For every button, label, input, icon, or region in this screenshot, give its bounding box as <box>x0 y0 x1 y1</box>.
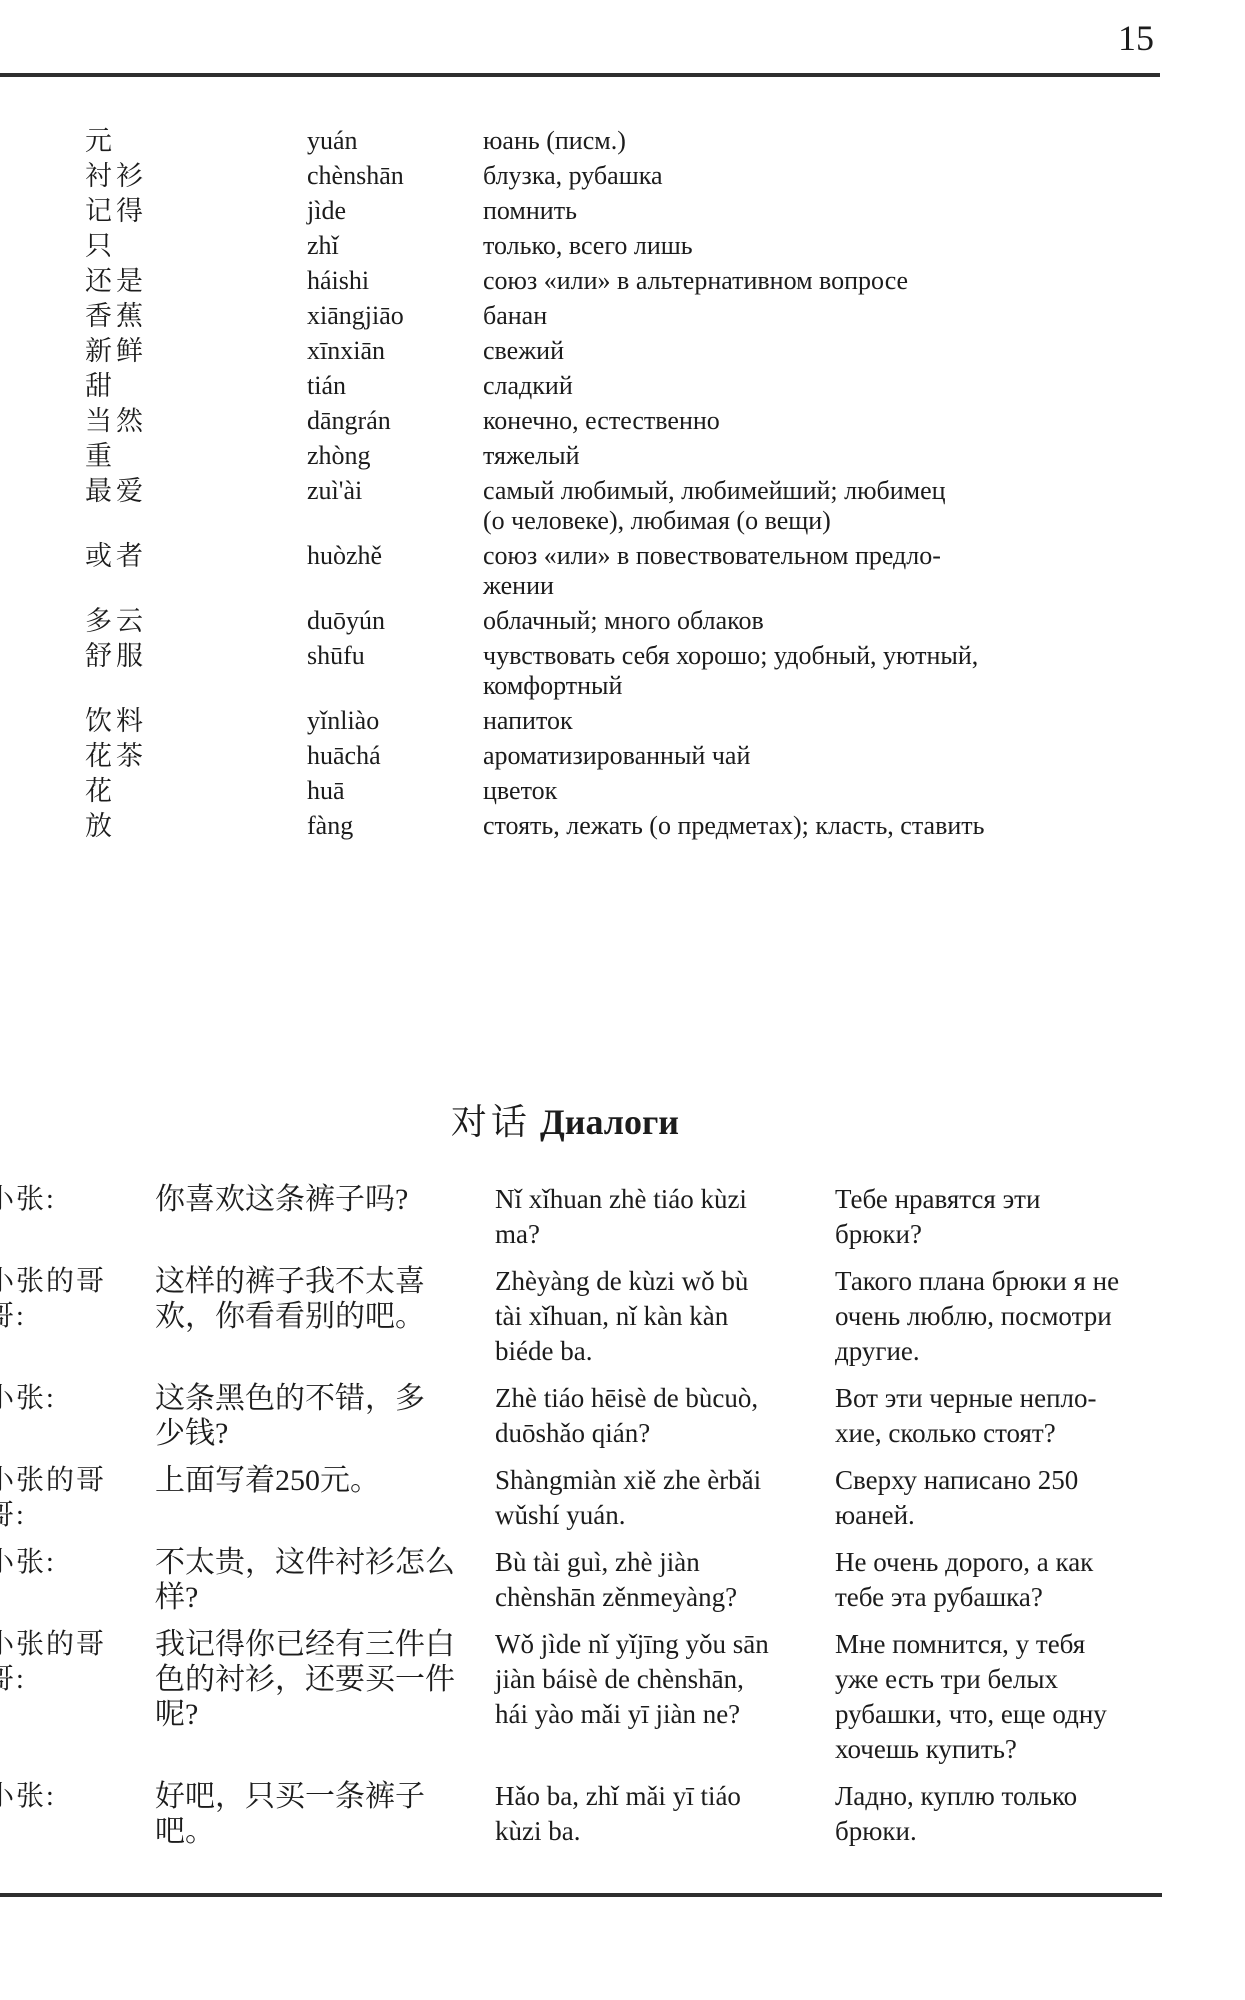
vocab-row: 多云 duōyún облачный; много облаков <box>85 606 1175 636</box>
vocab-row: 元 yuán юань (писм.) <box>85 126 1175 156</box>
dialogue-pinyin: Bù tài guì, zhè jiàn chènshān zěnmeyàng? <box>495 1545 835 1615</box>
speaker-label: 小张: <box>0 1182 118 1217</box>
vocab-translation: банан <box>483 301 1083 331</box>
dialogue-chinese: 这条黑色的不错，多 少钱? <box>155 1381 495 1451</box>
vocab-translation: сладкий <box>483 371 1083 401</box>
vocab-translation: облачный; много облаков <box>483 606 1083 636</box>
vocab-pinyin: zhòng <box>307 441 483 471</box>
vocab-pinyin: dāngrán <box>307 406 483 436</box>
vocab-hanzi: 舒服 <box>85 641 307 671</box>
vocab-pinyin: duōyún <box>307 606 483 636</box>
vocab-pinyin: huāchá <box>307 741 483 771</box>
vocab-hanzi: 饮料 <box>85 706 307 736</box>
dialogue-row: 小张: 不太贵，这件衬衫怎么 样? Bù tài guì, zhè jiàn c… <box>0 1545 1157 1615</box>
vocab-row: 香蕉 xiāngjiāo банан <box>85 301 1175 331</box>
vocab-translation: чувствовать себя хорошо; удобный, уютный… <box>483 641 1083 701</box>
vocabulary-list: 元 yuán юань (писм.) 衬衫 chènshān блузка, … <box>85 126 1175 846</box>
vocab-pinyin: shūfu <box>307 641 483 671</box>
speaker-label: 小张的哥 哥: <box>0 1463 118 1533</box>
dialogue-row: 小张的哥 哥: 上面写着250元。 Shàngmiàn xiě zhe èrbǎ… <box>0 1463 1157 1533</box>
vocab-pinyin: xiāngjiāo <box>307 301 483 331</box>
vocab-row: 记得 jìde помнить <box>85 196 1175 226</box>
vocab-translation: помнить <box>483 196 1083 226</box>
dialogue-pinyin: Zhèyàng de kùzi wǒ bù tài xǐhuan, nǐ kàn… <box>495 1264 835 1369</box>
vocab-translation: союз «или» в повествовательном предло- ж… <box>483 541 1083 601</box>
vocab-hanzi: 还是 <box>85 266 307 296</box>
dialogue-row: 小张的哥 哥: 这样的裤子我不太喜 欢，你看看别的吧。 Zhèyàng de k… <box>0 1264 1157 1369</box>
dialogue-chinese: 不太贵，这件衬衫怎么 样? <box>155 1545 495 1615</box>
vocab-row: 只 zhǐ только, всего лишь <box>85 231 1175 261</box>
vocab-translation: блузка, рубашка <box>483 161 1083 191</box>
speaker-label: 小张的哥 哥: <box>0 1627 118 1697</box>
speaker-label: 小张: <box>0 1381 118 1416</box>
vocab-pinyin: tián <box>307 371 483 401</box>
dialogue-translation: Вот эти черные непло- хие, сколько стоят… <box>835 1381 1157 1451</box>
dialogue-translation: Ладно, куплю только брюки. <box>835 1779 1157 1849</box>
vocab-pinyin: háishi <box>307 266 483 296</box>
vocab-translation: только, всего лишь <box>483 231 1083 261</box>
vocab-hanzi: 当然 <box>85 406 307 436</box>
vocab-row: 舒服 shūfu чувствовать себя хорошо; удобны… <box>85 641 1175 701</box>
vocab-translation: союз «или» в альтернативном вопросе <box>483 266 1083 296</box>
vocab-row: 放 fàng стоять, лежать (о предметах); кла… <box>85 811 1175 841</box>
vocab-hanzi: 新鲜 <box>85 336 307 366</box>
dialogue-row: 小张: 这条黑色的不错，多 少钱? Zhè tiáo hēisè de bùcu… <box>0 1381 1157 1451</box>
vocab-pinyin: xīnxiān <box>307 336 483 366</box>
speaker-label: 小张: <box>0 1545 118 1580</box>
footer-rule <box>0 1893 1162 1897</box>
vocab-translation: цветок <box>483 776 1083 806</box>
dialogue-chinese: 这样的裤子我不太喜 欢，你看看别的吧。 <box>155 1264 495 1334</box>
dialogue-pinyin: Nǐ xǐhuan zhè tiáo kùzi ma? <box>495 1182 835 1252</box>
vocab-hanzi: 重 <box>85 441 307 471</box>
vocab-translation: стоять, лежать (о предметах); класть, ст… <box>483 811 1083 841</box>
vocab-pinyin: yǐnliào <box>307 706 483 736</box>
vocab-row: 或者 huòzhě союз «или» в повествовательном… <box>85 541 1175 601</box>
dialogue-translation: Не очень дорого, а как тебе эта рубашка? <box>835 1545 1157 1615</box>
vocab-translation: напиток <box>483 706 1083 736</box>
dialogue-row: 小张: 好吧，只买一条裤子 吧。 Hǎo ba, zhǐ mǎi yī tiáo… <box>0 1779 1157 1849</box>
vocab-translation: юань (писм.) <box>483 126 1083 156</box>
dialogue-pinyin: Zhè tiáo hēisè de bùcuò, duōshǎo qián? <box>495 1381 835 1451</box>
vocab-translation: свежий <box>483 336 1083 366</box>
vocab-pinyin: fàng <box>307 811 483 841</box>
vocab-row: 当然 dāngrán конечно, естественно <box>85 406 1175 436</box>
vocab-row: 新鲜 xīnxiān свежий <box>85 336 1175 366</box>
vocab-hanzi: 香蕉 <box>85 301 307 331</box>
vocab-row: 衬衫 chènshān блузка, рубашка <box>85 161 1175 191</box>
header-rule <box>0 73 1160 77</box>
vocab-row: 花茶 huāchá ароматизированный чай <box>85 741 1175 771</box>
dialogue-chinese: 好吧，只买一条裤子 吧。 <box>155 1779 495 1849</box>
vocab-translation: самый любимый, любимейший; любимец (о че… <box>483 476 1083 536</box>
vocab-pinyin: zhǐ <box>307 231 483 261</box>
page-number: 15 <box>1118 20 1154 56</box>
vocab-row: 还是 háishi союз «или» в альтернативном во… <box>85 266 1175 296</box>
vocab-pinyin: huòzhě <box>307 541 483 571</box>
vocab-pinyin: jìde <box>307 196 483 226</box>
vocab-hanzi: 记得 <box>85 196 307 226</box>
dialogue-chinese: 你喜欢这条裤子吗? <box>155 1182 495 1217</box>
vocab-hanzi: 花茶 <box>85 741 307 771</box>
vocab-row: 花 huā цветок <box>85 776 1175 806</box>
vocab-hanzi: 最爱 <box>85 476 307 506</box>
dialogue-row: 小张的哥 哥: 我记得你已经有三件白 色的衬衫，还要买一件 呢? Wǒ jìde… <box>0 1627 1157 1767</box>
vocab-pinyin: huā <box>307 776 483 806</box>
vocab-hanzi: 衬衫 <box>85 161 307 191</box>
dialogues-heading: 对话 Диалоги <box>0 1100 1130 1144</box>
dialogue-translation: Такого плана брюки я не очень люблю, пос… <box>835 1264 1157 1369</box>
dialogues-heading-russian: Диалоги <box>540 1102 679 1142</box>
vocab-hanzi: 多云 <box>85 606 307 636</box>
vocab-translation: ароматизированный чай <box>483 741 1083 771</box>
dialogue-chinese: 上面写着250元。 <box>155 1463 495 1498</box>
vocab-row: 甜 tián сладкий <box>85 371 1175 401</box>
vocab-pinyin: yuán <box>307 126 483 156</box>
vocab-row: 饮料 yǐnliào напиток <box>85 706 1175 736</box>
vocab-translation: тяжелый <box>483 441 1083 471</box>
vocab-hanzi: 放 <box>85 811 307 841</box>
dialogue-row: 小张: 你喜欢这条裤子吗? Nǐ xǐhuan zhè tiáo kùzi ma… <box>0 1182 1157 1252</box>
dialogue-pinyin: Wǒ jìde nǐ yǐjīng yǒu sān jiàn báisè de … <box>495 1627 835 1732</box>
vocab-pinyin: zuì'ài <box>307 476 483 506</box>
dialogues-heading-chinese: 对话 <box>451 1102 531 1142</box>
vocab-hanzi: 元 <box>85 126 307 156</box>
vocab-hanzi: 花 <box>85 776 307 806</box>
dialogue-translation: Мне помнится, у тебя уже есть три белых … <box>835 1627 1157 1767</box>
dialogue-pinyin: Hǎo ba, zhǐ mǎi yī tiáo kùzi ba. <box>495 1779 835 1849</box>
vocab-row: 最爱 zuì'ài самый любимый, любимейший; люб… <box>85 476 1175 536</box>
dialogue-pinyin: Shàngmiàn xiě zhe èrbǎi wǔshí yuán. <box>495 1463 835 1533</box>
vocab-row: 重 zhòng тяжелый <box>85 441 1175 471</box>
vocab-translation: конечно, естественно <box>483 406 1083 436</box>
vocab-hanzi: 只 <box>85 231 307 261</box>
dialogues-section: 小张: 你喜欢这条裤子吗? Nǐ xǐhuan zhè tiáo kùzi ma… <box>0 1182 1157 1861</box>
vocab-pinyin: chènshān <box>307 161 483 191</box>
vocab-hanzi: 或者 <box>85 541 307 571</box>
dialogue-translation: Сверху написано 250 юаней. <box>835 1463 1157 1533</box>
speaker-label: 小张: <box>0 1779 118 1814</box>
dialogue-translation: Тебе нравятся эти брюки? <box>835 1182 1157 1252</box>
vocab-hanzi: 甜 <box>85 371 307 401</box>
dialogue-chinese: 我记得你已经有三件白 色的衬衫，还要买一件 呢? <box>155 1627 495 1732</box>
speaker-label: 小张的哥 哥: <box>0 1264 118 1334</box>
